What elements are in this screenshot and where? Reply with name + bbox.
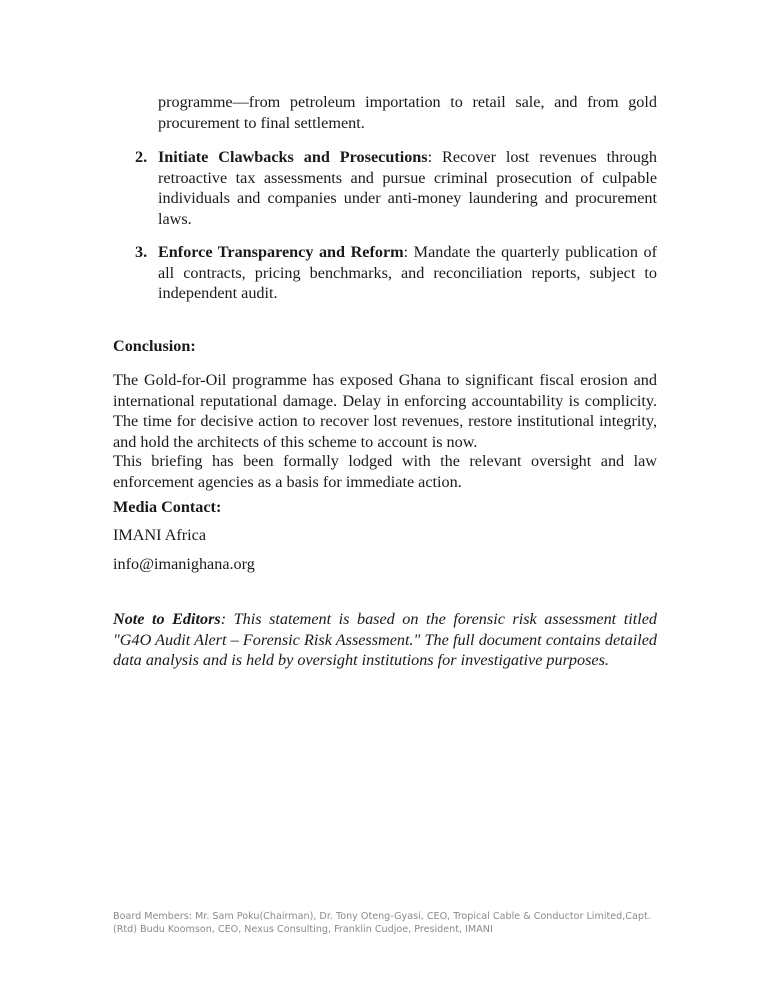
media-contact-heading: Media Contact:: [113, 497, 657, 518]
briefing-paragraph: This briefing has been formally lodged w…: [113, 451, 657, 492]
list-continuation-text: programme—from petroleum importation to …: [158, 92, 657, 133]
recommendation-item-3: 3. Enforce Transparency and Reform: Mand…: [135, 242, 657, 304]
list-item-body: Enforce Transparency and Reform: Mandate…: [158, 242, 657, 304]
board-members-footer: Board Members: Mr. Sam Poku(Chairman), D…: [113, 910, 663, 936]
media-contact-organization: IMANI Africa: [113, 525, 657, 546]
continuation-text: programme—from petroleum importation to …: [158, 93, 657, 132]
list-item-body: Initiate Clawbacks and Prosecutions: Rec…: [158, 147, 657, 229]
conclusion-heading: Conclusion:: [113, 336, 657, 357]
note-label: Note to Editors: [113, 610, 221, 628]
recommendation-title: Enforce Transparency and Reform: [158, 243, 404, 261]
note-to-editors: Note to Editors: This statement is based…: [113, 609, 657, 671]
list-number: 2.: [135, 147, 158, 229]
recommendation-item-2: 2. Initiate Clawbacks and Prosecutions: …: [135, 147, 657, 229]
media-contact-email[interactable]: info@imanighana.org: [113, 554, 657, 575]
list-number: 3.: [135, 242, 158, 304]
conclusion-paragraph: The Gold-for-Oil programme has exposed G…: [113, 370, 657, 452]
recommendation-title: Initiate Clawbacks and Prosecutions: [158, 148, 428, 166]
document-page: programme—from petroleum importation to …: [0, 0, 770, 996]
